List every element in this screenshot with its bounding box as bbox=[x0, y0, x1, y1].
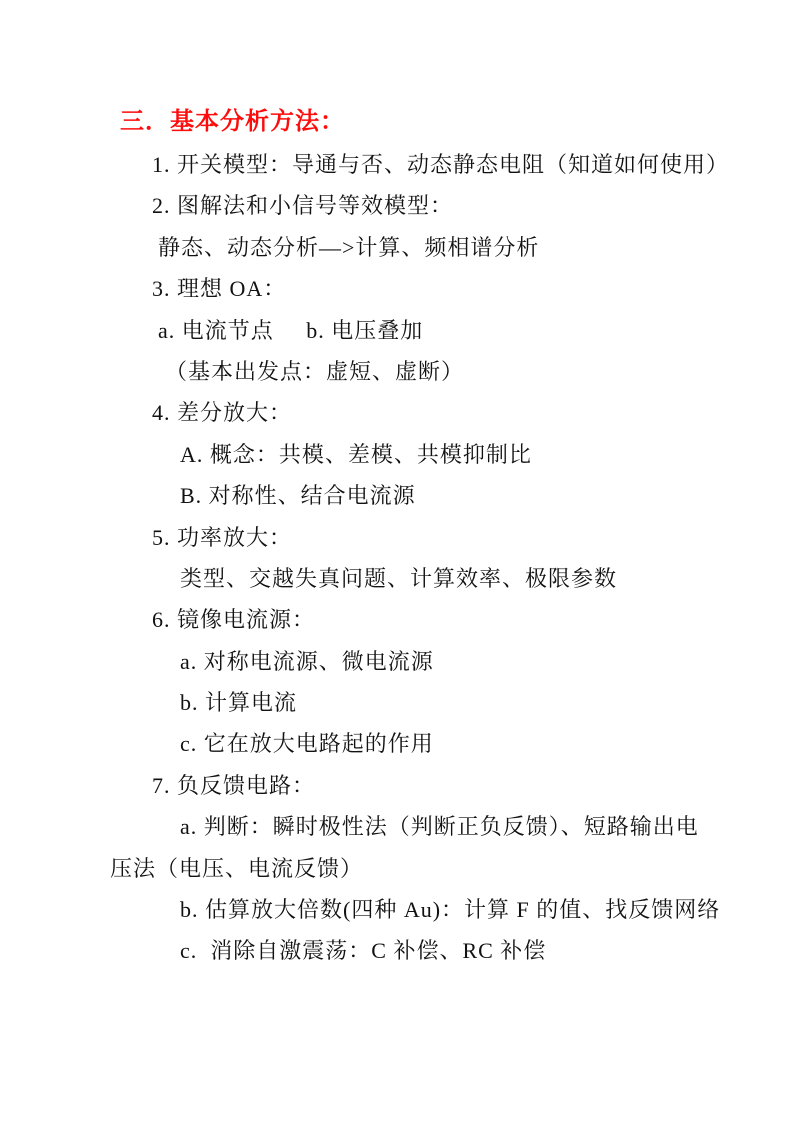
section-heading: 三．基本分析方法： bbox=[120, 100, 793, 144]
list-item-6: 6. 镜像电流源： bbox=[152, 599, 793, 640]
list-item-4: 4. 差分放大： bbox=[152, 392, 793, 433]
list-item-7: 7. 负反馈电路： bbox=[152, 765, 793, 806]
document-body: 三．基本分析方法： 1. 开关模型：导通与否、动态静态电阻（知道如何使用） 2.… bbox=[0, 0, 793, 972]
list-item-5: 5. 功率放大： bbox=[152, 517, 793, 558]
item-7-sub-a: a. 判断：瞬时极性法（判断正负反馈）、短路输出电 bbox=[180, 806, 793, 847]
item-6-sub-c: c. 它在放大电路起的作用 bbox=[180, 723, 793, 764]
item-5-detail: 类型、交越失真问题、计算效率、极限参数 bbox=[180, 558, 793, 599]
item-6-sub-b: b. 计算电流 bbox=[180, 682, 793, 723]
list-item-2: 2. 图解法和小信号等效模型： bbox=[152, 185, 793, 226]
item-3-note: （基本出发点：虚短、虚断） bbox=[165, 351, 793, 392]
item-4-sub-B: B. 对称性、结合电流源 bbox=[180, 475, 793, 516]
list-item-3: 3. 理想 OA： bbox=[152, 268, 793, 309]
item-4-sub-A: A. 概念：共模、差模、共模抑制比 bbox=[180, 434, 793, 475]
item-6-sub-a: a. 对称电流源、微电流源 bbox=[180, 641, 793, 682]
item-7-sub-b: b. 估算放大倍数(四种 Au)：计算 F 的值、找反馈网络 bbox=[180, 889, 793, 930]
list-item-1: 1. 开关模型：导通与否、动态静态电阻（知道如何使用） bbox=[152, 144, 793, 185]
document-page: 三．基本分析方法： 1. 开关模型：导通与否、动态静态电阻（知道如何使用） 2.… bbox=[0, 0, 793, 1122]
item-2-detail: 静态、动态分析—>计算、频相谱分析 bbox=[158, 227, 793, 268]
item-7-sub-c: c. 消除自激震荡：C 补偿、RC 补偿 bbox=[180, 930, 793, 971]
item-7-sub-a-wrap: 压法（电压、电流反馈） bbox=[110, 848, 793, 889]
item-3-sub-ab: a. 电流节点 b. 电压叠加 bbox=[158, 310, 793, 351]
